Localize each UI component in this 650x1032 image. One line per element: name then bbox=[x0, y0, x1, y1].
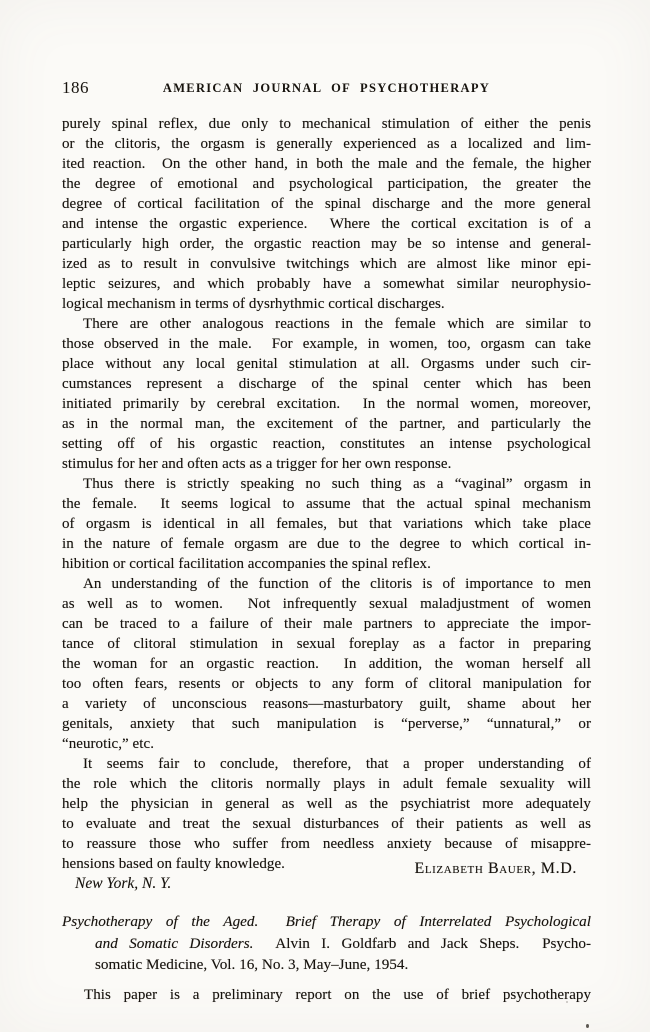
paragraph: purely spinal reflex, due only to mechan… bbox=[62, 114, 591, 314]
text-line: degree of cortical facilitation of the s… bbox=[62, 194, 591, 214]
reference-citation-segment: Alvin I. Goldfarb and Jack Sheps. Psycho… bbox=[253, 935, 591, 952]
author-signature: Elizabeth Bauer, M.D. bbox=[414, 860, 577, 878]
text-line: those observed in the male. For example,… bbox=[62, 334, 591, 354]
text-line: tance of clitoral stimulation in sexual … bbox=[62, 634, 591, 654]
text-line: too often fears, resents or objects to a… bbox=[62, 674, 591, 694]
text-line: the female. It seems logical to assume t… bbox=[62, 494, 591, 514]
text-line: the woman for an orgastic reaction. In a… bbox=[62, 654, 591, 674]
text-line: There are other analogous reactions in t… bbox=[62, 314, 591, 334]
abstract-opening-line: This paper is a preliminary report on th… bbox=[62, 985, 591, 1005]
text-line: in the nature of female orgasm are due t… bbox=[62, 534, 591, 554]
text-line: the degree of emotional and psychologica… bbox=[62, 174, 591, 194]
reference-title-segment: and Somatic Disorders. bbox=[95, 935, 253, 952]
text-line: or the clitoris, the orgasm is generally… bbox=[62, 134, 591, 154]
text-line: particularly high order, the orgastic re… bbox=[62, 234, 591, 254]
text-line: setting off of his orgastic reaction, co… bbox=[62, 434, 591, 454]
text-line: a variety of unconscious reasons—masturb… bbox=[62, 694, 591, 714]
text-line: purely spinal reflex, due only to mechan… bbox=[62, 114, 591, 134]
reference-line: Psychotherapy of the Aged. Brief Therapy… bbox=[62, 911, 591, 933]
text-line: to reassure those who suffer from needle… bbox=[62, 834, 591, 854]
reference-line: somatic Medicine, Vol. 16, No. 3, May–Ju… bbox=[62, 954, 591, 976]
text-line: It seems fair to conclude, therefore, th… bbox=[62, 754, 591, 774]
text-line: cumstances represent a discharge of the … bbox=[62, 374, 591, 394]
text-line: to evaluate and treat the sexual disturb… bbox=[62, 814, 591, 834]
reference-citation-segment: somatic Medicine, Vol. 16, No. 3, May–Ju… bbox=[95, 956, 408, 973]
paragraph: An understanding of the function of the … bbox=[62, 574, 591, 754]
text-line: of orgasm is identical in all females, b… bbox=[62, 514, 591, 534]
text-line: “neurotic,” etc. bbox=[62, 734, 591, 754]
reference-line: and Somatic Disorders. Alvin I. Goldfarb… bbox=[62, 933, 591, 955]
text-line: initiated primarily by cerebral excitati… bbox=[62, 394, 591, 414]
paragraph: Thus there is strictly speaking no such … bbox=[62, 474, 591, 574]
text-line: genitals, anxiety that such manipulation… bbox=[62, 714, 591, 734]
reference-title-segment: Psychotherapy of the Aged. Brief Therapy… bbox=[62, 913, 591, 930]
text-line: as well as to women. Not infrequently se… bbox=[62, 594, 591, 614]
paragraph: There are other analogous reactions in t… bbox=[62, 314, 591, 474]
scan-speck bbox=[586, 1024, 589, 1028]
text-line: help the physician in general as well as… bbox=[62, 794, 591, 814]
text-line: as in the normal man, the excitement of … bbox=[62, 414, 591, 434]
text-line: hibition or cortical facilitation accomp… bbox=[62, 554, 591, 574]
body-text: purely spinal reflex, due only to mechan… bbox=[62, 114, 591, 854]
page-content: 186 AMERICAN JOURNAL OF PSYCHOTHERAPY pu… bbox=[62, 78, 591, 1005]
text-line: can be traced to a failure of their male… bbox=[62, 614, 591, 634]
text-line: ited reaction. On the other hand, in bot… bbox=[62, 154, 591, 174]
scan-speck bbox=[566, 1001, 568, 1003]
abstract-reference: Psychotherapy of the Aged. Brief Therapy… bbox=[62, 911, 591, 976]
text-line: place without any local genital stimulat… bbox=[62, 354, 591, 374]
text-line: and intense the orgastic experience. Whe… bbox=[62, 214, 591, 234]
text-line: logical mechanism in terms of dysrhythmi… bbox=[62, 294, 591, 314]
text-line: leptic seizures, and which probably have… bbox=[62, 274, 591, 294]
signature-row: hensions based on faulty knowledge. Eliz… bbox=[62, 854, 591, 874]
text-line: the role which the clitoris normally pla… bbox=[62, 774, 591, 794]
scanned-journal-page: 186 AMERICAN JOURNAL OF PSYCHOTHERAPY pu… bbox=[0, 0, 650, 1032]
page-header: 186 AMERICAN JOURNAL OF PSYCHOTHERAPY bbox=[62, 78, 591, 100]
text-line: An understanding of the function of the … bbox=[62, 574, 591, 594]
text-line: stimulus for her and often acts as a tri… bbox=[62, 454, 591, 474]
text-line: Thus there is strictly speaking no such … bbox=[62, 474, 591, 494]
paragraph: It seems fair to conclude, therefore, th… bbox=[62, 754, 591, 854]
journal-title: AMERICAN JOURNAL OF PSYCHOTHERAPY bbox=[62, 81, 591, 96]
text-line: ized as to result in convulsive twitchin… bbox=[62, 254, 591, 274]
